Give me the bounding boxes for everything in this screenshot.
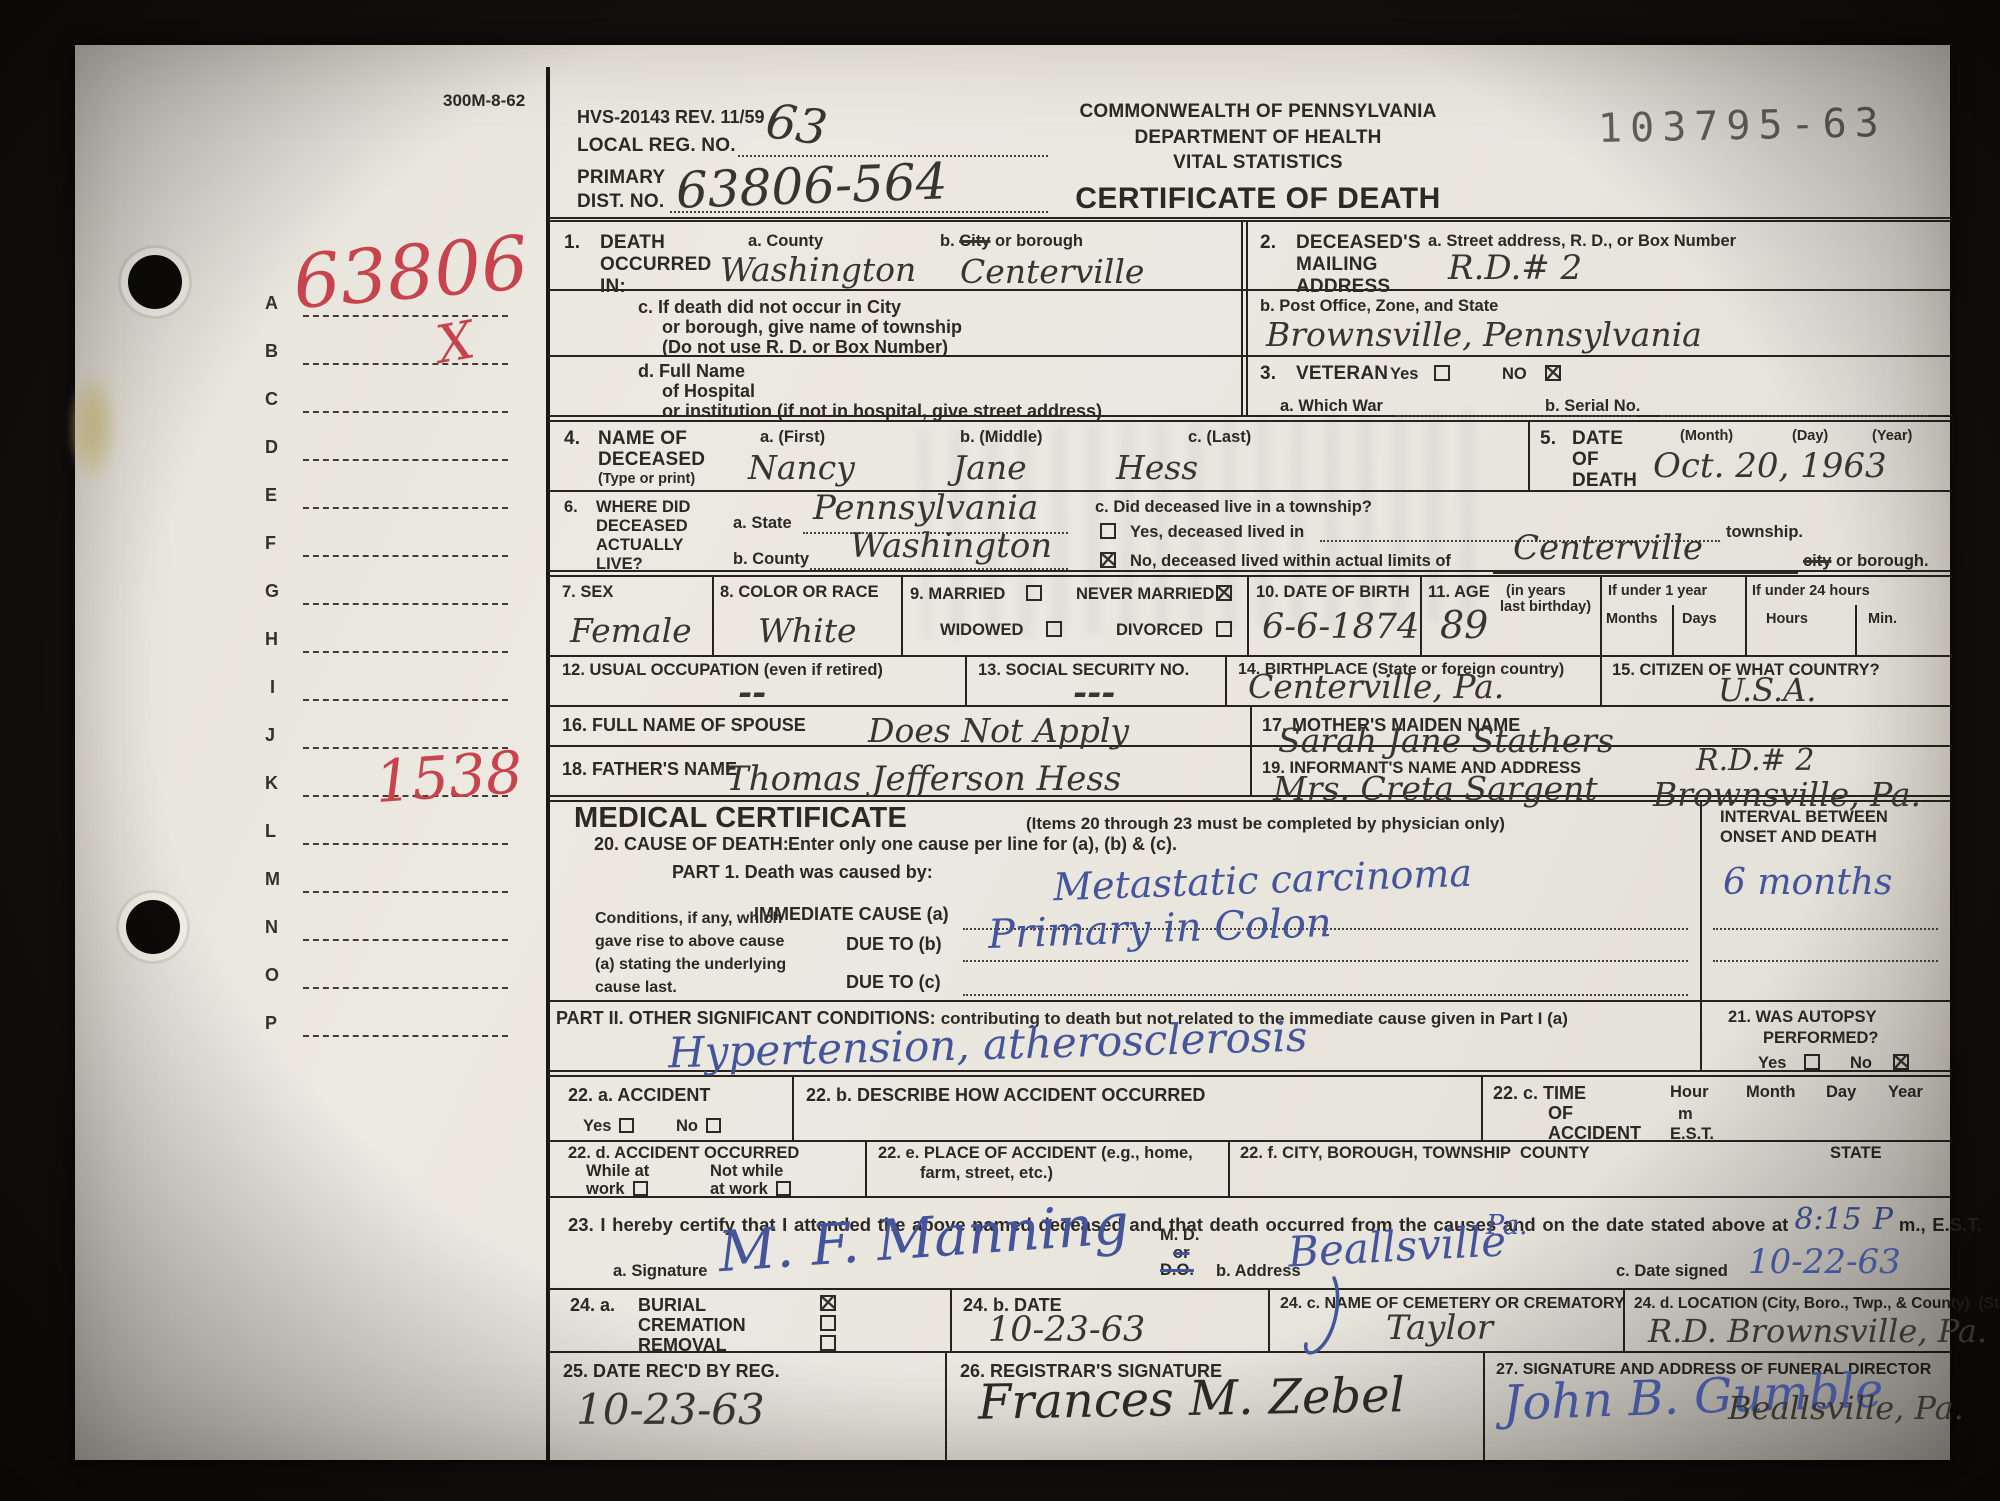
location-label: 24. d. LOCATION (City, Boro., Twp., & Co… — [1634, 1295, 2000, 1313]
accident-label: 22. a. ACCIDENT — [568, 1085, 710, 1106]
s1-label: DEATH — [600, 232, 665, 254]
printer-code: 300M-8-62 — [443, 91, 525, 111]
serial-no-label: b. Serial No. — [1545, 397, 1640, 416]
dist-label: DIST. NO. — [577, 191, 664, 213]
city-borough-label: b. City or borough — [940, 232, 1083, 251]
medical-certificate-block: MEDICAL CERTIFICATE (Items 20 through 23… — [548, 802, 1950, 1002]
name-of-deceased-label: NAME OF — [598, 428, 687, 450]
agency-line1: COMMONWEALTH OF PENNSYLVANIA — [968, 101, 1548, 123]
post-office-label: b. Post Office, Zone, and State — [1260, 297, 1498, 316]
state-label: a. State — [733, 514, 792, 533]
father-label: 18. FATHER'S NAME — [562, 759, 737, 780]
physician-address: Beallsville — [1287, 1216, 1507, 1276]
under-1-year-label: If under 1 year — [1608, 583, 1707, 599]
autopsy-no-label: No — [1850, 1054, 1872, 1073]
physician-address-state: Pa. — [1486, 1210, 1528, 1241]
age-value: 89 — [1440, 603, 1488, 647]
certificate-title: CERTIFICATE OF DEATH — [968, 182, 1548, 216]
cemetery-value: Taylor — [1386, 1308, 1493, 1348]
veteran-num: 3. — [1260, 363, 1276, 385]
time-of-death-value: 8:15 P — [1794, 1202, 1893, 1237]
accident-state-label: STATE — [1830, 1144, 1882, 1163]
s2-num: 2. — [1260, 232, 1276, 254]
never-married-label: NEVER MARRIED — [1076, 585, 1214, 604]
state-value: Pennsylvania — [813, 488, 1038, 528]
md-label: M. D. — [1160, 1226, 1199, 1245]
scanned-death-certificate: { "margin": { "printer_code": "300M-8-62… — [0, 0, 2000, 1501]
medical-certificate-title: MEDICAL CERTIFICATE — [574, 802, 907, 835]
punch-hole-bottom — [126, 900, 180, 954]
veteran-label: VETERAN — [1296, 363, 1388, 385]
informant-town-value: Brownsville, Pa. — [1653, 775, 1921, 814]
dist-value: 63806-564 — [675, 152, 948, 219]
row-spouse-mother: 16. FULL NAME OF SPOUSE Does Not Apply 1… — [548, 707, 1950, 747]
row-accident-abc: 22. a. ACCIDENT Yes No 22. b. DESCRIBE H… — [548, 1077, 1950, 1142]
accident-county-label: COUNTY — [1520, 1144, 1590, 1163]
row-certification: 23. I hereby certify that I attended the… — [548, 1198, 1950, 1290]
spouse-label: 16. FULL NAME OF SPOUSE — [562, 715, 806, 736]
row-part2-autopsy: PART II. OTHER SIGNIFICANT CONDITIONS: c… — [548, 1002, 1950, 1077]
part1-label: PART 1. Death was caused by: — [672, 862, 933, 883]
s2-label: DECEASED'S — [1296, 232, 1421, 254]
describe-accident-label: 22. b. DESCRIBE HOW ACCIDENT OCCURRED — [806, 1085, 1205, 1106]
age-label: 11. AGE — [1428, 583, 1490, 602]
funeral-director-address: Beallsville, Pa. — [1728, 1389, 1964, 1427]
citizenship-value: U.S.A. — [1718, 671, 1816, 709]
hours-label: Hours — [1766, 611, 1808, 627]
street-address-value: R.D.# 2 — [1448, 248, 1582, 288]
date-of-death-label: DATE — [1572, 428, 1623, 450]
registrar-signature-value: Frances M. Zebel — [978, 1367, 1406, 1430]
hour-label: Hour — [1670, 1083, 1709, 1102]
s4-num: 4. — [564, 428, 580, 450]
sex-value: Female — [570, 611, 692, 650]
married-label: 9. MARRIED — [910, 585, 1005, 604]
informant-value: Mrs. Creta Sargent — [1273, 769, 1598, 808]
s6-num: 6. — [564, 498, 578, 517]
veteran-yes-checkbox — [1434, 365, 1450, 381]
city-borough-value: Centerville — [960, 252, 1144, 291]
under-24-hours-label: If under 24 hours — [1752, 583, 1870, 599]
certificate-paper: 300M-8-62 63806 X 1538 A B C D E F G H I… — [75, 45, 1950, 1460]
month-col-label: Month — [1746, 1083, 1795, 1102]
divorced-label: DIVORCED — [1116, 621, 1203, 640]
year-label: (Year) — [1872, 428, 1912, 444]
stain — [67, 370, 119, 485]
date-of-death-value: Oct. 20, 1963 — [1653, 446, 1887, 486]
first-name-value: Nancy — [748, 448, 855, 487]
which-war-label: a. Which War — [1280, 397, 1383, 416]
registration-stamp-number: 103795-63 — [1598, 100, 1888, 152]
first-name-label: a. (First) — [760, 428, 825, 447]
meridiem-label: m — [1678, 1105, 1693, 1124]
local-reg-value: 63 — [762, 93, 830, 157]
informant-rd-value: R.D.# 2 — [1696, 743, 1814, 778]
widowed-label: WIDOWED — [940, 621, 1023, 640]
min-label: Min. — [1868, 611, 1897, 627]
race-value: White — [758, 611, 857, 650]
widowed-checkbox — [1046, 621, 1062, 637]
not-while-box: at work — [710, 1180, 791, 1199]
days-label: Days — [1682, 611, 1717, 627]
place-of-accident-label: 22. e. PLACE OF ACCIDENT (e.g., home, — [878, 1144, 1193, 1163]
medical-certificate-subtitle: (Items 20 through 23 must be completed b… — [1026, 814, 1505, 834]
row-demographics: 7. SEX Female 8. COLOR OR RACE White 9. … — [548, 577, 1950, 657]
father-value: Thomas Jefferson Hess — [726, 759, 1121, 799]
day-label: (Day) — [1792, 428, 1828, 444]
date-of-birth-label: 10. DATE OF BIRTH — [1256, 583, 1410, 602]
due-to-b-value: Primary in Colon — [987, 900, 1332, 958]
autopsy-yes-label: Yes — [1758, 1054, 1786, 1073]
signature-label: a. Signature — [613, 1262, 707, 1281]
immediate-cause-label: IMMEDIATE CAUSE (a) — [754, 904, 949, 925]
months-label: Months — [1606, 611, 1658, 627]
agency-line3: VITAL STATISTICS — [968, 152, 1548, 174]
married-checkbox — [1026, 585, 1042, 601]
row-disposition: 24. a. BURIAL CREMATION REMOVAL 24. b. D… — [548, 1290, 1950, 1353]
county-value: Washington — [720, 250, 916, 289]
s24a-num: 24. a. — [570, 1295, 615, 1316]
row-hospital-veteran: d. Full Name of Hospital or institution … — [548, 357, 1950, 422]
post-office-value: Brownsville, Pennsylvania — [1266, 315, 1702, 354]
row-name-dateofdeath: 4. NAME OF DECEASED (Type or print) a. (… — [548, 422, 1950, 492]
row-registration: 25. DATE REC'D BY REG. 10-23-63 26. REGI… — [548, 1353, 1950, 1460]
burial-label: BURIAL — [638, 1295, 706, 1316]
immediate-cause-value: Metastatic carcinoma — [1052, 851, 1472, 910]
occupation-label: 12. USUAL OCCUPATION (even if retired) — [562, 661, 883, 680]
location-value: R.D. Brownsville, Pa. — [1648, 1312, 1987, 1350]
day-col-label: Day — [1826, 1083, 1856, 1102]
veteran-yes-label: Yes — [1390, 365, 1418, 384]
date-signed-value: 10-22-63 — [1748, 1242, 1901, 1282]
while-at-work-label: While at — [586, 1162, 649, 1181]
accident-yes: Yes — [583, 1117, 634, 1136]
row-occupation-citizenship: 12. USUAL OCCUPATION (even if retired) -… — [548, 657, 1950, 707]
red-batch-number: 1538 — [373, 738, 525, 816]
race-label: 8. COLOR OR RACE — [720, 583, 879, 602]
accident-occurred-label: 22. d. ACCIDENT OCCURRED — [568, 1144, 799, 1163]
autopsy-label: 21. WAS AUTOPSY — [1728, 1008, 1877, 1027]
burial-checkbox — [820, 1295, 836, 1311]
interval-value: 6 months — [1723, 862, 1892, 903]
county-residence-label: b. County — [733, 550, 809, 569]
ssn-value: --- — [1073, 673, 1115, 713]
hospital-label: d. Full Name — [638, 361, 745, 382]
township-yes-checkbox — [1100, 523, 1116, 539]
occupation-value: -- — [738, 673, 766, 713]
city-borough-suffix: city or borough. — [1803, 552, 1929, 571]
row-accident-def: 22. d. ACCIDENT OCCURRED While at work N… — [548, 1142, 1950, 1198]
township-suffix: township. — [1726, 523, 1803, 542]
middle-name-label: b. (Middle) — [960, 428, 1042, 447]
last-name-label: c. (Last) — [1188, 428, 1251, 447]
birthplace-value: Centerville, Pa. — [1248, 667, 1504, 706]
township-yes-text: Yes, deceased lived in — [1130, 523, 1304, 542]
county-label: a. County — [748, 232, 823, 251]
primary-label: PRIMARY — [577, 167, 665, 189]
cremation-checkbox — [820, 1315, 836, 1331]
year-col-label: Year — [1888, 1083, 1923, 1102]
not-while-label: Not while — [710, 1162, 783, 1181]
township-question-label: c. Did deceased live in a township? — [1095, 498, 1372, 517]
residence-label: WHERE DID — [596, 498, 690, 517]
local-reg-label: LOCAL REG. NO. — [577, 135, 736, 157]
certificate-form: HVS-20143 REV. 11/59 LOCAL REG. NO. 63 P… — [548, 45, 1950, 1460]
month-label: (Month) — [1680, 428, 1733, 444]
while-at-work-box: work — [586, 1180, 648, 1199]
burial-date-value: 10-23-63 — [988, 1310, 1145, 1350]
divorced-checkbox — [1216, 621, 1232, 637]
autopsy-yes-checkbox — [1804, 1054, 1820, 1070]
due-to-c-label: DUE TO (c) — [846, 972, 941, 993]
accident-no: No — [676, 1117, 721, 1136]
township-no-text: No, deceased lived within actual limits … — [1130, 552, 1451, 571]
date-of-birth-value: 6-6-1874 — [1262, 607, 1419, 647]
middle-name-value: Jane — [953, 448, 1027, 487]
limits-of-value: Centerville — [1513, 528, 1703, 568]
township-note: c. If death did not occur in City — [638, 297, 901, 318]
autopsy-no-checkbox — [1893, 1054, 1909, 1070]
row-residence: 6. WHERE DID DECEASED ACTUALLY LIVE? a. … — [548, 492, 1950, 577]
mother-maiden-value: Sarah Jane Stathers — [1278, 721, 1614, 760]
time-of-accident-label: 22. c. TIME — [1493, 1083, 1586, 1104]
agency-line2: DEPARTMENT OF HEALTH — [968, 127, 1548, 149]
sex-label: 7. SEX — [562, 583, 613, 602]
veteran-no-label: NO — [1502, 365, 1527, 384]
pen-stroke — [1296, 1276, 1356, 1366]
s5-num: 5. — [1540, 428, 1556, 450]
row-father-informant: 18. FATHER'S NAME Thomas Jefferson Hess … — [548, 747, 1950, 802]
removal-checkbox — [820, 1335, 836, 1351]
red-district-number: 63806 — [290, 220, 532, 326]
county-residence-value: Washington — [850, 526, 1052, 566]
conditions-note: Conditions, if any, which — [595, 910, 782, 928]
do-label: D.O. — [1160, 1261, 1194, 1280]
s1-num: 1. — [564, 232, 580, 254]
row-township-postoffice: c. If death did not occur in City or bor… — [548, 291, 1950, 357]
date-received-label: 25. DATE REC'D BY REG. — [563, 1361, 780, 1382]
date-received-value: 10-23-63 — [576, 1385, 765, 1434]
row-death-occurred: 1. DEATH OCCURRED IN: a. County Washingt… — [548, 217, 1950, 291]
cremation-label: CREMATION — [638, 1315, 746, 1336]
never-married-checkbox — [1216, 585, 1232, 601]
last-name-value: Hess — [1116, 448, 1198, 487]
due-to-b-label: DUE TO (b) — [846, 934, 942, 955]
veteran-no-checkbox — [1545, 365, 1561, 381]
cause-of-death-label: 20. CAUSE OF DEATH: — [594, 834, 789, 855]
spouse-value: Does Not Apply — [868, 711, 1129, 750]
punch-hole-top — [128, 255, 182, 309]
agency-block: COMMONWEALTH OF PENNSYLVANIA DEPARTMENT … — [968, 101, 1548, 216]
township-no-checkbox — [1100, 552, 1116, 568]
date-signed-label: c. Date signed — [1616, 1262, 1728, 1281]
red-x-mark: X — [432, 310, 479, 376]
form-code: HVS-20143 REV. 11/59 — [577, 107, 764, 128]
accident-city-label: 22. f. CITY, BOROUGH, TOWNSHIP — [1240, 1144, 1511, 1163]
